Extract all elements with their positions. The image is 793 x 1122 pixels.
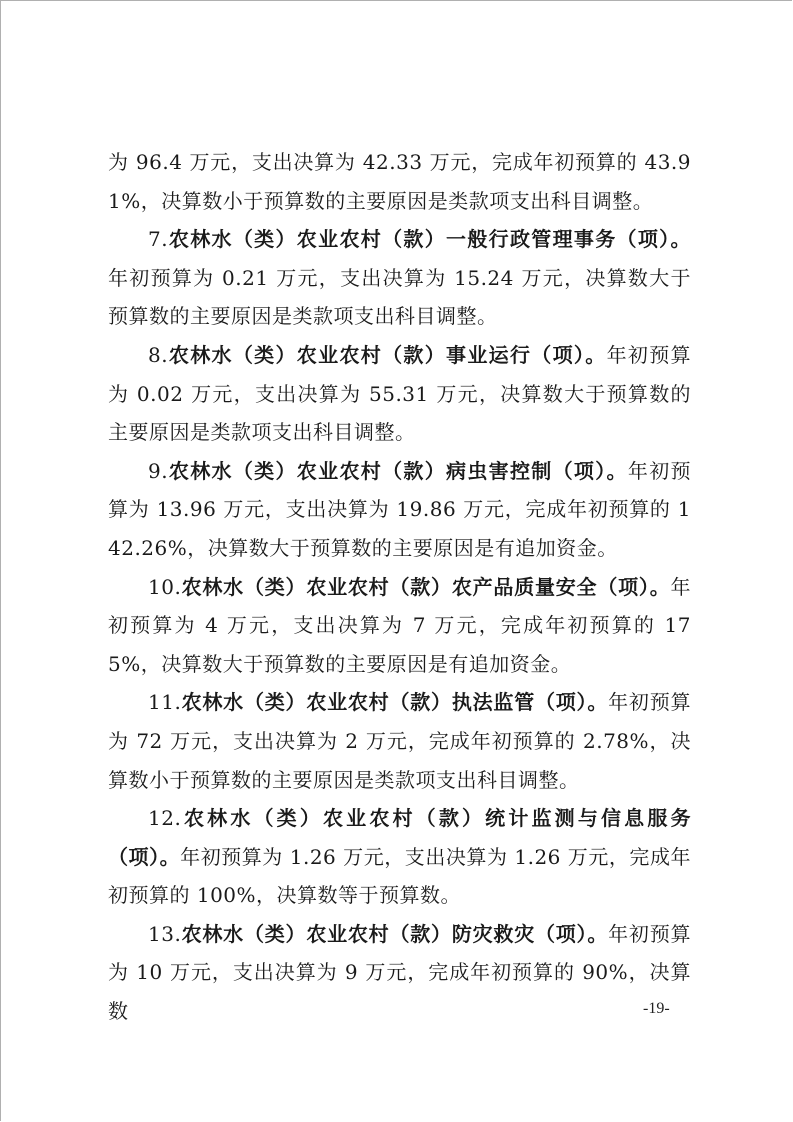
continuation-paragraph: 为 96.4 万元，支出决算为 42.33 万元，完成年初预算的 43.91%，… [108,143,691,220]
document-body: 为 96.4 万元，支出决算为 42.33 万元，完成年初预算的 43.91%，… [108,143,691,1031]
item-number: 7. [148,227,168,251]
item-number: 10. [148,575,181,599]
item-number: 8. [148,343,168,367]
page-number: -19- [643,1000,670,1018]
budget-item-12: 12.农林水（类）农业农村（款）统计监测与信息服务（项）。年初预算为 1.26 … [108,799,691,915]
item-number: 13. [148,922,181,946]
item-number: 9. [148,459,168,483]
item-heading: 农林水（类）农业农村（款）病虫害控制（项）。 [168,459,628,483]
budget-item-13: 13.农林水（类）农业农村（款）防灾救灾（项）。年初预算为 10 万元，支出决算… [108,915,691,1031]
budget-item-9: 9.农林水（类）农业农村（款）病虫害控制（项）。年初预算为 13.96 万元，支… [108,452,691,568]
item-body: 年初预算为 1.26 万元，支出决算为 1.26 万元，完成年初预算的 100%… [108,845,691,908]
item-heading: 农林水（类）农业农村（款）事业运行（项）。 [168,343,606,367]
budget-item-11: 11.农林水（类）农业农村（款）执法监管（项）。年初预算为 72 万元，支出决算… [108,683,691,799]
item-heading: 农林水（类）农业农村（款）执法监管（项）。 [181,690,608,714]
item-heading: 农林水（类）农业农村（款）农产品质量安全（项）。 [181,575,670,599]
item-number: 12. [148,806,181,830]
budget-item-7: 7.农林水（类）农业农村（款）一般行政管理事务（项）。年初预算为 0.21 万元… [108,220,691,336]
item-number: 11. [148,690,181,714]
item-heading: 农林水（类）农业农村（款）防灾救灾（项）。 [181,922,608,946]
item-body: 年初预算为 0.21 万元，支出决算为 15.24 万元，决算数大于预算数的主要… [108,266,691,329]
item-heading: 农林水（类）农业农村（款）一般行政管理事务（项）。 [168,227,691,251]
budget-item-10: 10.农林水（类）农业农村（款）农产品质量安全（项）。年初预算为 4 万元，支出… [108,568,691,684]
budget-item-8: 8.农林水（类）农业农村（款）事业运行（项）。年初预算为 0.02 万元，支出决… [108,336,691,452]
